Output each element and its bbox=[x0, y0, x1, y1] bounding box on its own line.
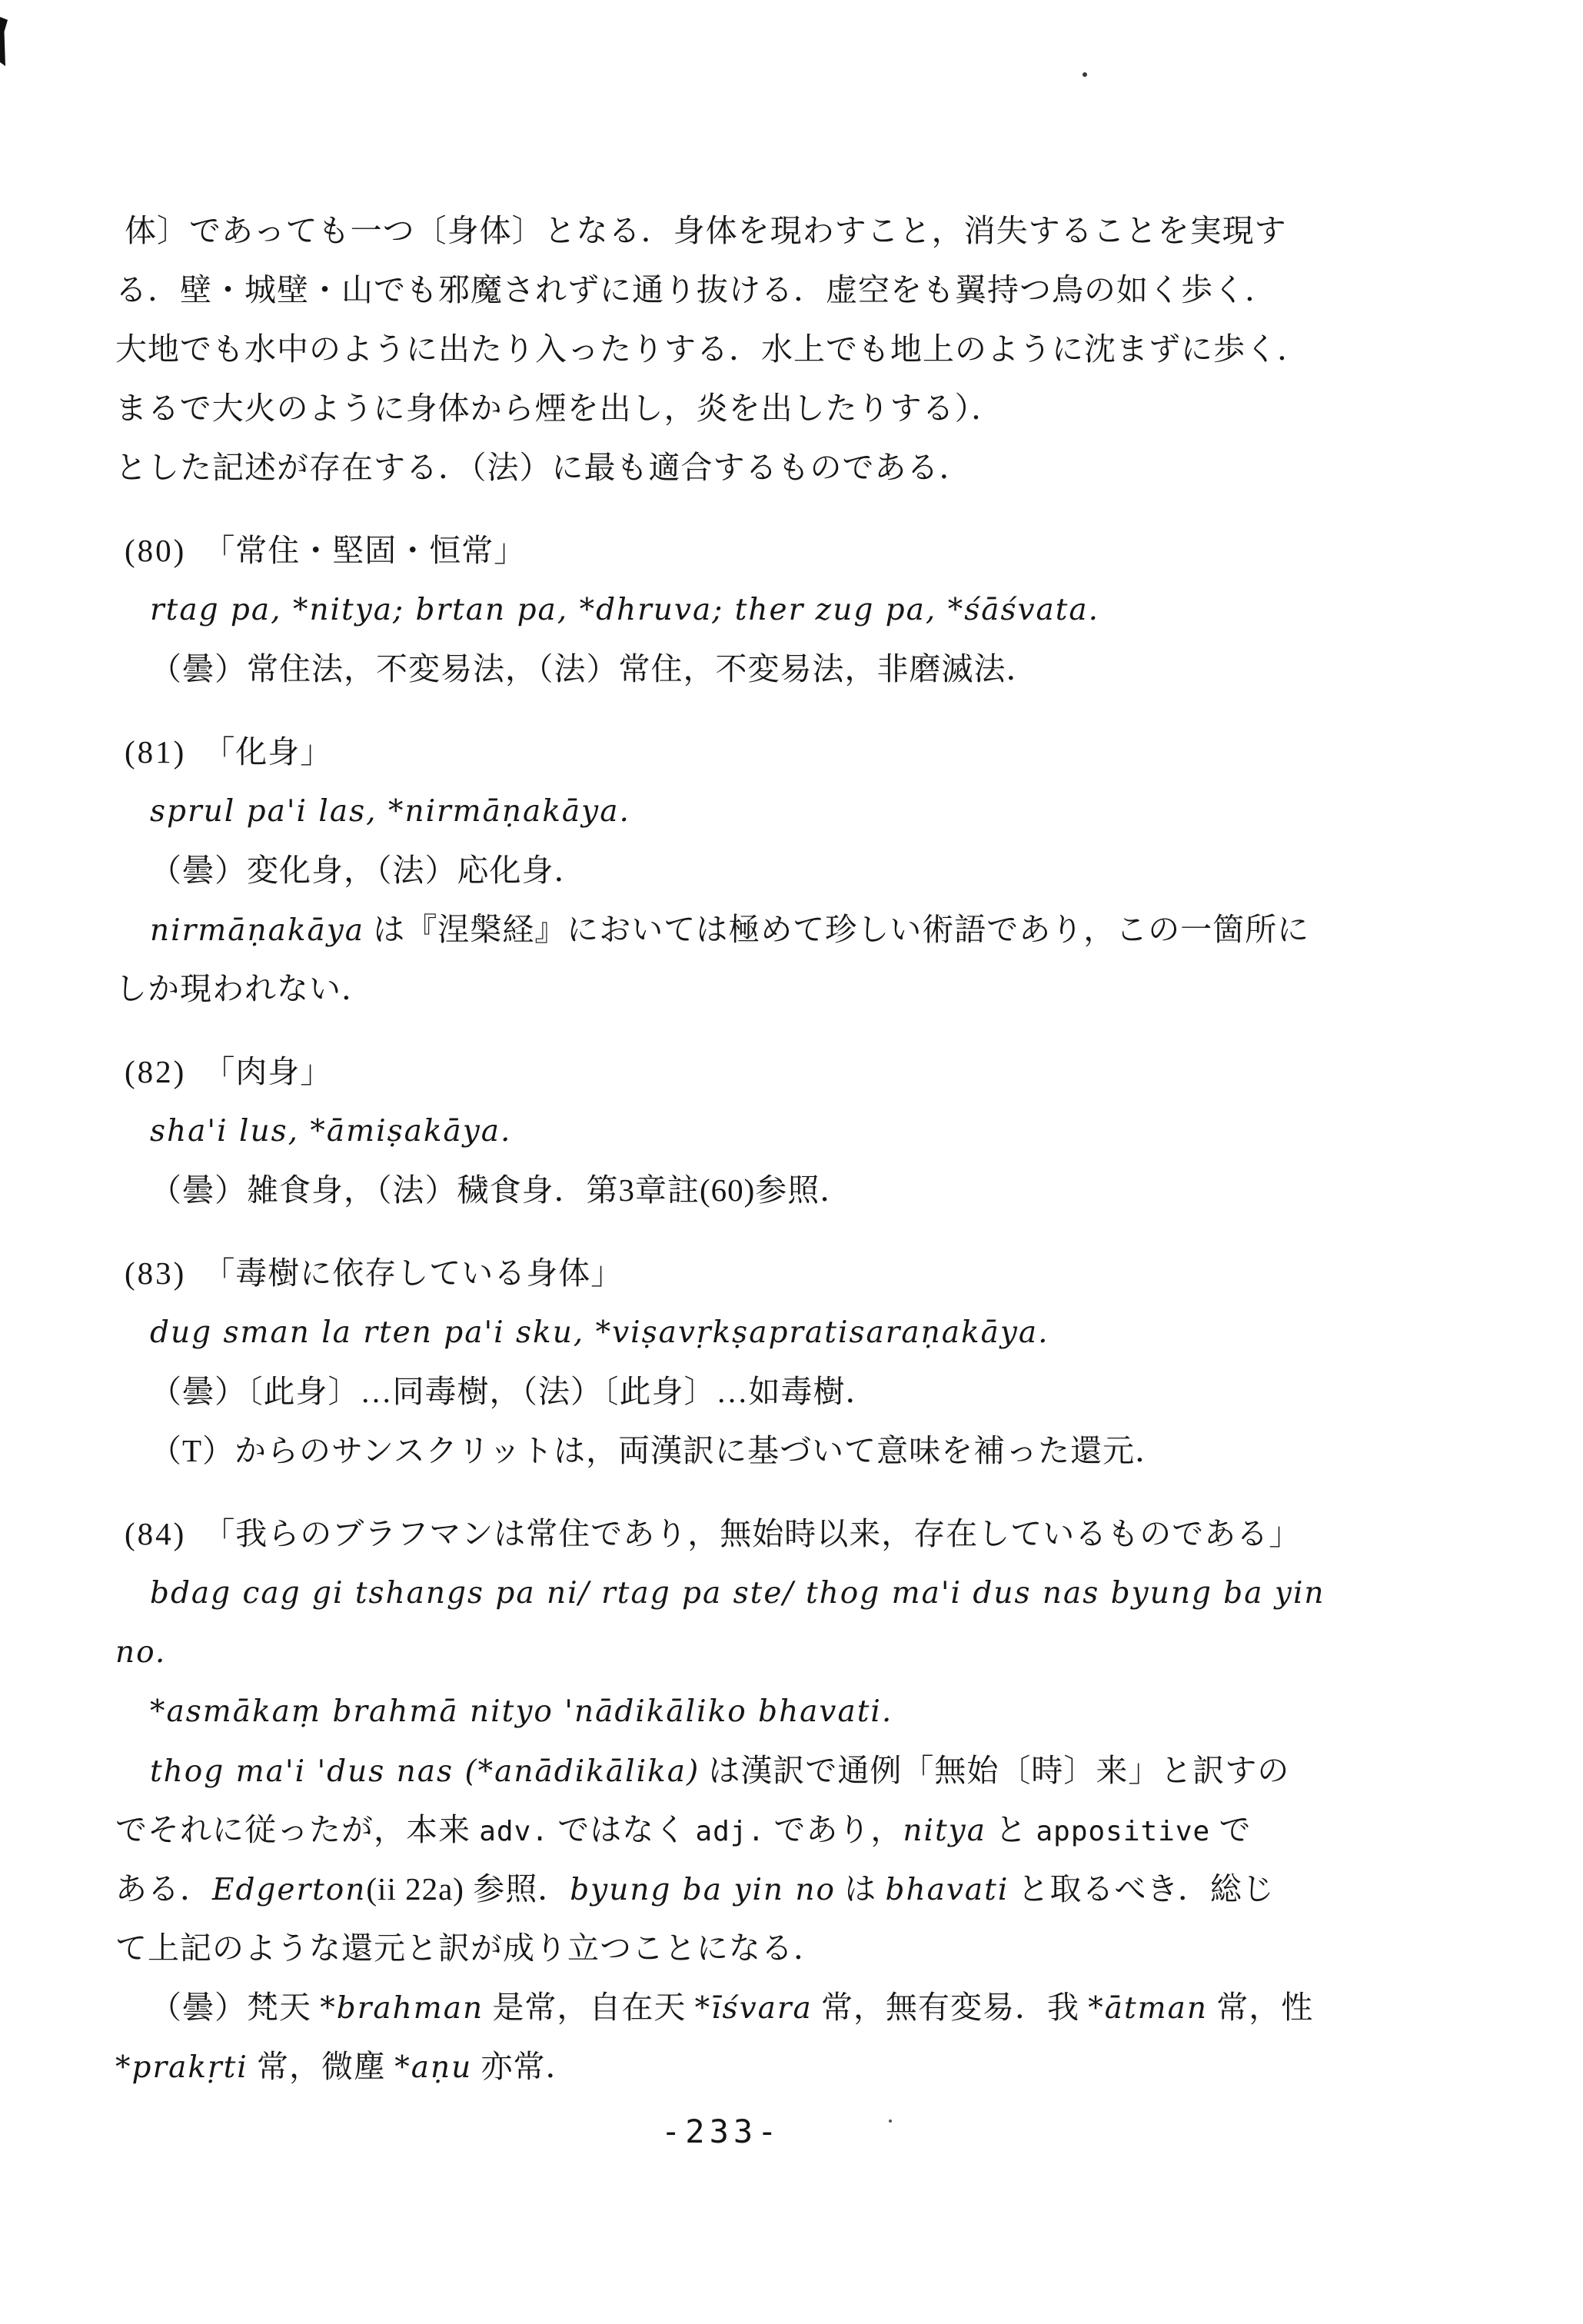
entry-81-translation-line: （曇）変化身，（法）応化身． bbox=[115, 841, 1483, 900]
entry-83: (83)「毒樹に依存している身体」 dug sman la rten pa'i … bbox=[115, 1244, 1483, 1481]
page-number: -233- bbox=[661, 2113, 781, 2150]
entry-84-trans2-seg1: 常，微塵 bbox=[248, 2049, 395, 2084]
entry-82-title: 「肉身」 bbox=[203, 1054, 332, 1089]
entry-84-trans1-seg5: *ātman bbox=[1088, 1991, 1208, 2026]
entry-84-note2-seg2: ではなく bbox=[549, 1812, 696, 1847]
scan-speck-bottom bbox=[889, 2120, 892, 2123]
entry-84-note2-seg3: adj. bbox=[695, 1816, 765, 1847]
entry-84-number: (84) bbox=[125, 1516, 186, 1551]
entry-84-note2-seg8: で bbox=[1210, 1812, 1251, 1847]
entry-84-note2-seg7: appositive bbox=[1036, 1816, 1210, 1847]
entry-83-translation-line: （曇）〔此身〕…同毒樹，（法）〔此身〕…如毒樹． bbox=[115, 1362, 1483, 1421]
entry-84-trans2-seg0: *prakṛti bbox=[115, 2050, 248, 2085]
entry-80-tibetan-line: rtag pa, *nitya; brtan pa, *dhruva; ther… bbox=[115, 580, 1483, 640]
entry-84-note3-seg1: Edgerton bbox=[212, 1873, 366, 1907]
entry-84-note2-seg1: adv. bbox=[479, 1816, 549, 1847]
entry-81-title: 「化身」 bbox=[203, 734, 332, 770]
intro-line-3: 大地でも水中のように出たり入ったりする．水上でも地上のように沈まずに歩く． bbox=[115, 320, 1483, 379]
entry-83-tibetan-line: dug sman la rten pa'i sku, *viṣavṛkṣapra… bbox=[115, 1303, 1483, 1362]
entry-84-note1-tibetan: thog ma'i 'dus nas (*anādikālika) bbox=[150, 1754, 700, 1789]
entry-81-note-continuation: しか現われない． bbox=[115, 959, 1483, 1019]
entry-84-trans1-seg6: 常，性 bbox=[1208, 1990, 1313, 2025]
entry-80-number: (80) bbox=[125, 533, 186, 568]
entry-82-tibetan-line: sha'i lus, *āmiṣakāya. bbox=[115, 1102, 1483, 1161]
entry-84-title: 「我らのブラフマンは常住であり，無始時以来，存在しているものである」 bbox=[203, 1516, 1301, 1551]
entry-84-note3-seg6: と取るべき．総じ bbox=[1009, 1871, 1275, 1907]
scan-speck-top-right bbox=[1082, 72, 1087, 77]
entry-83-heading: (83)「毒樹に依存している身体」 bbox=[115, 1244, 1483, 1303]
entry-84-trans1-seg4: 常，無有変易．我 bbox=[813, 1990, 1089, 2025]
scan-artifact-corner bbox=[0, 17, 8, 66]
entry-84: (84)「我らのブラフマンは常住であり，無始時以来，存在しているものである」 b… bbox=[115, 1504, 1483, 2096]
entry-84-heading: (84)「我らのブラフマンは常住であり，無始時以来，存在しているものである」 bbox=[115, 1504, 1483, 1564]
entry-83-note-line: （T）からのサンスクリットは，両漢訳に基づいて意味を補った還元． bbox=[115, 1421, 1483, 1481]
entry-84-note1-text: は漢訳で通例「無始〔時〕来」と訳すの bbox=[700, 1753, 1289, 1788]
entry-84-note-line-1: thog ma'i 'dus nas (*anādikālika) は漢訳で通例… bbox=[115, 1741, 1483, 1800]
entry-84-trans2-seg2: *aṇu bbox=[394, 2050, 472, 2085]
entry-81-number: (81) bbox=[125, 734, 186, 770]
document-page: 体〕であっても一つ〔身体〕となる．身体を現わすこと，消失することを実現す る．壁… bbox=[115, 201, 1483, 2096]
entry-84-note-line-3: ある．Edgerton(ii 22a) 参照．byung ba yin no は… bbox=[115, 1860, 1483, 1919]
entry-84-note3-seg0: ある． bbox=[115, 1871, 212, 1907]
entry-84-trans2-seg3: 亦常． bbox=[472, 2049, 577, 2084]
entry-84-verse-line-2: no. bbox=[115, 1623, 1483, 1682]
entry-84-trans1-seg0: （曇）梵天 bbox=[150, 1990, 320, 2025]
entry-84-note3-seg4: は bbox=[836, 1871, 886, 1907]
intro-line-5: とした記述が存在する．（法）に最も適合するものである． bbox=[115, 438, 1483, 497]
entry-82: (82)「肉身」 sha'i lus, *āmiṣakāya. （曇）雑食身，（… bbox=[115, 1042, 1483, 1220]
entry-84-verse-line-1: bdag cag gi tshangs pa ni/ rtag pa ste/ … bbox=[115, 1564, 1483, 1623]
entry-81-note-term: nirmāṇakāya bbox=[150, 913, 364, 948]
entry-84-trans1-seg3: *īśvara bbox=[695, 1991, 813, 2026]
entry-84-trans1-seg1: *brahman bbox=[320, 1991, 484, 2026]
entry-84-translation-line-2: *prakṛti 常，微塵 *aṇu 亦常． bbox=[115, 2037, 1483, 2096]
entry-81-heading: (81)「化身」 bbox=[115, 723, 1483, 782]
entry-80-translation-line: （曇）常住法，不変易法，（法）常住，不変易法，非磨滅法． bbox=[115, 640, 1483, 699]
entry-84-note2-seg6: と bbox=[986, 1812, 1036, 1847]
entry-80-title: 「常住・堅固・恒常」 bbox=[203, 533, 526, 568]
entry-82-number: (82) bbox=[125, 1054, 186, 1089]
entry-84-note-line-2: でそれに従ったが，本来 adv. ではなく adj. であり，nitya と a… bbox=[115, 1800, 1483, 1860]
entry-80: (80)「常住・堅固・恒常」 rtag pa, *nitya; brtan pa… bbox=[115, 521, 1483, 699]
entry-81-note-text: は『涅槃経』においては極めて珍しい術語であり，この一箇所に bbox=[364, 912, 1309, 947]
intro-line-2: る．壁・城壁・山でも邪魔されずに通り抜ける．虚空をも翼持つ鳥の如く歩く． bbox=[115, 261, 1483, 320]
entry-82-translation-line: （曇）雑食身，（法）穢食身．第3章註(60)参照． bbox=[115, 1161, 1483, 1220]
entry-84-note2-seg0: でそれに従ったが，本来 bbox=[115, 1812, 479, 1847]
entry-83-title: 「毒樹に依存している身体」 bbox=[203, 1255, 623, 1291]
entry-84-trans1-seg2: 是常，自在天 bbox=[484, 1990, 695, 2025]
entry-84-sanskrit-line: *asmākaṃ brahmā nityo 'nādikāliko bhavat… bbox=[115, 1682, 1483, 1741]
entry-83-number: (83) bbox=[125, 1255, 186, 1291]
entry-84-note-line-4: て上記のような還元と訳が成り立つことになる． bbox=[115, 1919, 1483, 1978]
entry-80-heading: (80)「常住・堅固・恒常」 bbox=[115, 521, 1483, 580]
entry-84-note3-seg5: bhavati bbox=[886, 1873, 1009, 1907]
entry-81-note-line: nirmāṇakāya は『涅槃経』においては極めて珍しい術語であり，この一箇所… bbox=[115, 900, 1483, 959]
intro-line-1: 体〕であっても一つ〔身体〕となる．身体を現わすこと，消失することを実現す bbox=[115, 201, 1483, 261]
entry-84-translation-line-1: （曇）梵天 *brahman 是常，自在天 *īśvara 常，無有変易．我 *… bbox=[115, 1978, 1483, 2037]
intro-line-4: まるで大火のように身体から煙を出し，炎を出したりする）． bbox=[115, 379, 1483, 438]
entry-84-note3-seg3: byung ba yin no bbox=[570, 1873, 836, 1907]
entry-84-note3-seg2: (ii 22a) 参照． bbox=[366, 1871, 570, 1907]
entry-82-heading: (82)「肉身」 bbox=[115, 1042, 1483, 1102]
entry-84-note2-seg4: であり， bbox=[765, 1812, 903, 1847]
entry-84-note2-seg5: nitya bbox=[903, 1814, 986, 1848]
intro-paragraph: 体〕であっても一つ〔身体〕となる．身体を現わすこと，消失することを実現す る．壁… bbox=[115, 201, 1483, 497]
entry-81: (81)「化身」 sprul pa'i las, *nirmāṇakāya. （… bbox=[115, 723, 1483, 1019]
entry-81-tibetan-line: sprul pa'i las, *nirmāṇakāya. bbox=[115, 782, 1483, 841]
